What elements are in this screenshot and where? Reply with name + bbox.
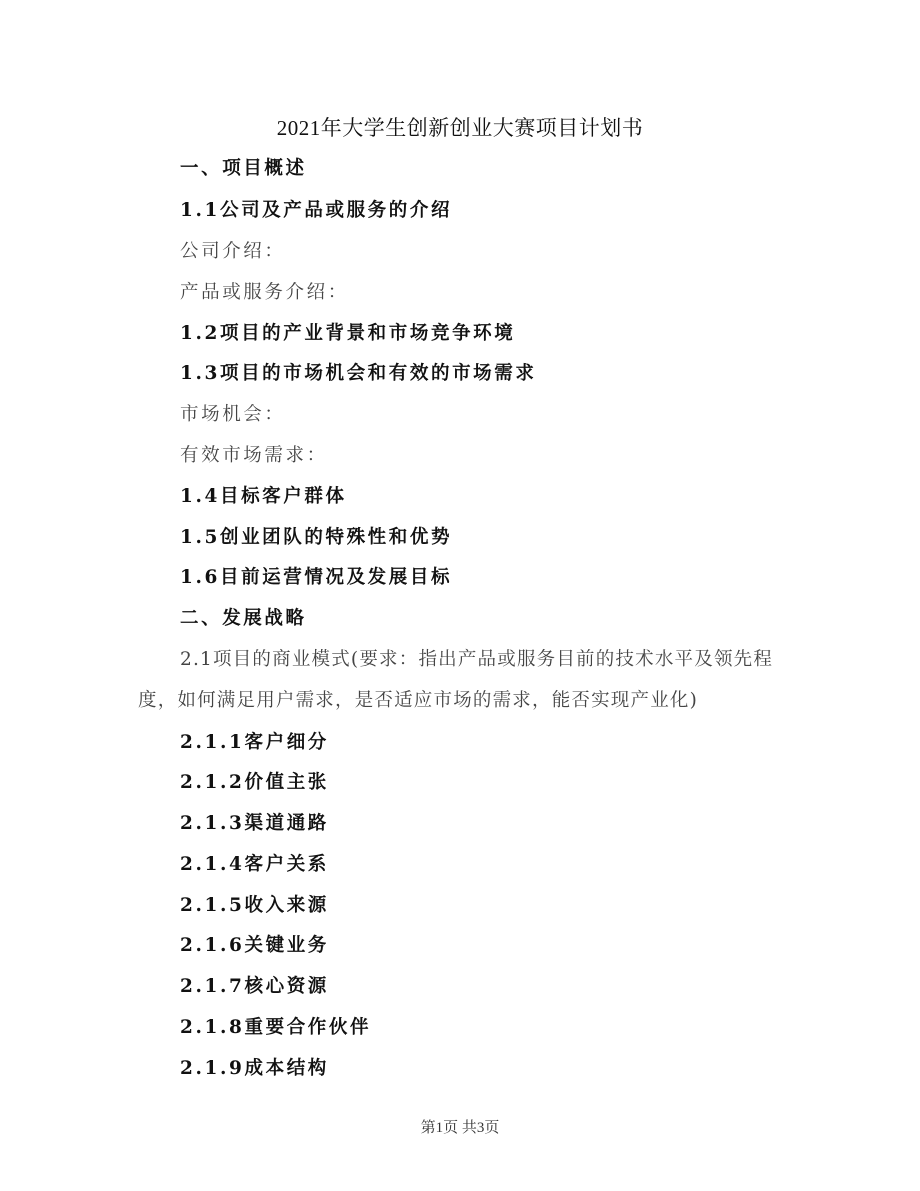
field-label: 产品或服务介绍： — [180, 281, 349, 305]
field-label: 公司介绍： — [180, 240, 286, 264]
subsection-heading: 2.1.3渠道通路 — [180, 812, 329, 836]
paragraph-text: 2.1项目的商业模式(要求：指出产品或服务目前的技术水平及领先程度，如何满足用户… — [138, 649, 773, 711]
section-heading: 1.6目前运营情况及发展目标 — [180, 566, 452, 590]
field-label: 有效市场需求： — [180, 444, 328, 468]
section-heading: 1.5创业团队的特殊性和优势 — [180, 526, 452, 550]
document-title: 2021年大学生创新创业大赛项目计划书 — [0, 112, 920, 142]
section-heading: 1.2项目的产业背景和市场竞争环境 — [180, 322, 515, 346]
subsection-heading: 2.1.7核心资源 — [180, 975, 329, 999]
page-footer: 第1页 共3页 — [0, 1116, 920, 1137]
subsection-heading: 2.1.1客户细分 — [180, 731, 329, 755]
subsection-heading: 2.1.2价值主张 — [180, 771, 329, 795]
subsection-heading: 2.1.8重要合作伙伴 — [180, 1016, 371, 1040]
section-heading: 1.1公司及产品或服务的介绍 — [180, 199, 452, 223]
subsection-heading: 2.1.5收入来源 — [180, 894, 329, 918]
paragraph-business-model: 2.1项目的商业模式(要求：指出产品或服务目前的技术水平及领先程度，如何满足用户… — [138, 639, 778, 721]
subsection-heading: 2.1.9成本结构 — [180, 1057, 329, 1081]
section-heading: 1.3项目的市场机会和有效的市场需求 — [180, 362, 537, 386]
subsection-heading: 2.1.6关键业务 — [180, 934, 329, 958]
section-heading: 二、发展战略 — [180, 607, 307, 631]
subsection-heading: 2.1.4客户关系 — [180, 853, 329, 877]
section-heading: 一、项目概述 — [180, 157, 307, 181]
field-label: 市场机会： — [180, 403, 286, 427]
section-heading: 1.4目标客户群体 — [180, 485, 347, 509]
